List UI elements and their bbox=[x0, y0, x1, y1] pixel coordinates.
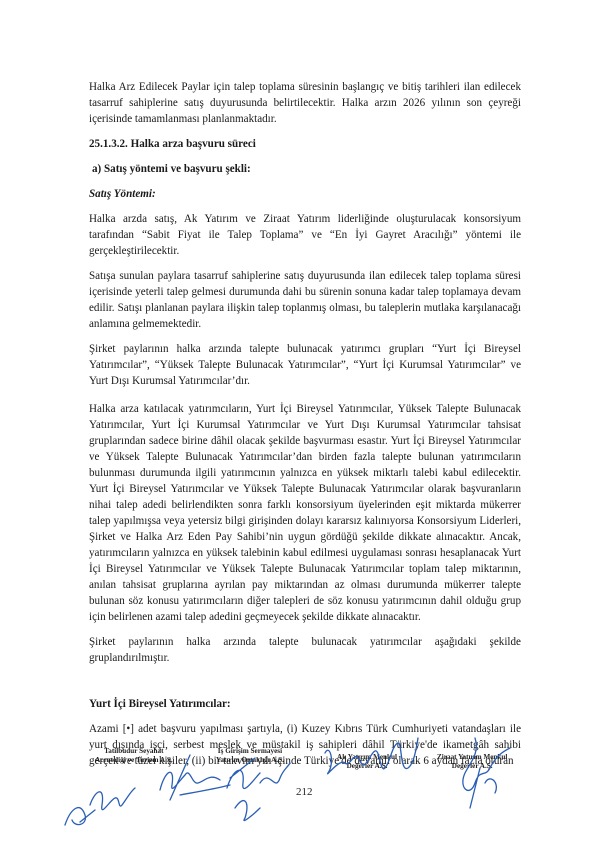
paragraph-demand-collection: Satışa sunulan paylara tasarruf sahipler… bbox=[89, 268, 521, 332]
handwritten-signature-4 bbox=[320, 733, 420, 783]
handwritten-signature-1 bbox=[60, 770, 140, 830]
paragraph-demand-period: Halka Arz Edilecek Paylar için talep top… bbox=[89, 79, 521, 127]
subsection-heading: a) Satış yöntemi ve başvuru şekli: bbox=[89, 161, 521, 177]
page-number: 212 bbox=[296, 786, 313, 798]
paragraph-allocation-rules: Halka arza katılacak yatırımcıların, Yur… bbox=[89, 401, 521, 625]
paragraph-investor-groups: Şirket paylarının halka arzında talepte … bbox=[89, 341, 521, 389]
heading-domestic-individual-investors: Yurt İçi Bireysel Yatırımcılar: bbox=[89, 696, 521, 712]
handwritten-signature-3 bbox=[215, 748, 295, 828]
handwritten-signature-5 bbox=[450, 728, 520, 813]
paragraph-grouping: Şirket paylarının halka arzında talepte … bbox=[89, 634, 521, 666]
section-heading: 25.1.3.2. Halka arza başvuru süreci bbox=[89, 136, 521, 152]
italic-heading-sales-method: Satış Yöntemi: bbox=[89, 186, 521, 202]
document-body: Halka Arz Edilecek Paylar için talep top… bbox=[89, 79, 521, 769]
paragraph-sales-method: Halka arzda satış, Ak Yatırım ve Ziraat … bbox=[89, 211, 521, 259]
